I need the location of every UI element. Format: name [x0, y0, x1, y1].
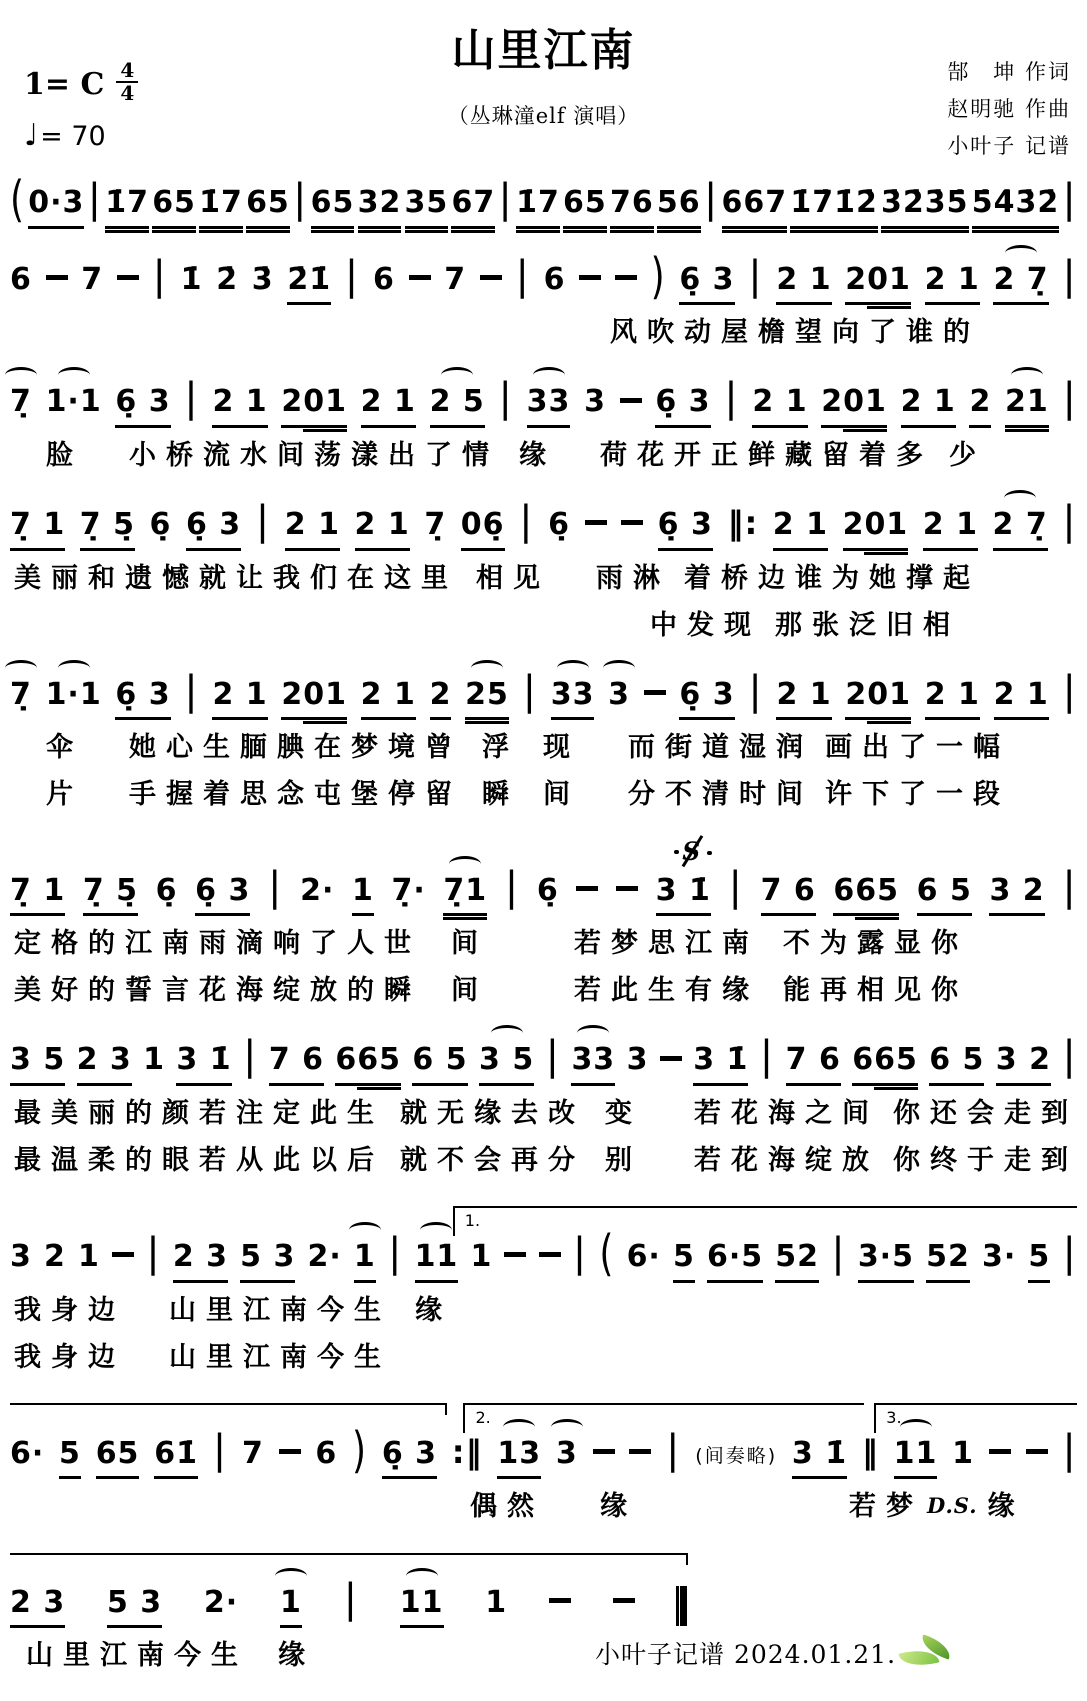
lyric-row: 伞她心生腼腆在梦境曾浮现而街道湿润画出了一幅	[10, 728, 1077, 767]
note-group: 7̣ 5̣	[80, 506, 135, 551]
barline: |	[519, 501, 533, 541]
lyric-segment: 手握着思念屯堡停留	[129, 775, 462, 814]
note-group: 11	[415, 1238, 459, 1283]
segno-icon: S	[682, 837, 704, 867]
repeat-barline: ‖	[862, 1432, 879, 1472]
music-system: S7̣ 17̣ 5̣6̣6̣ 3|2·17̣·7̣1|6̣3 1̇|7 6665…	[10, 841, 1077, 1011]
notes-row: 6·56561̇|76)6̣ 3:‖133|(间奏略)3 1̇‖111|	[10, 1429, 1077, 1480]
barline: |	[146, 1233, 160, 1273]
volta-label: 1.	[465, 1211, 480, 1230]
beamed-group: 201	[845, 261, 911, 306]
dash-extension	[989, 1449, 1011, 1454]
note-group: 3 5	[479, 1041, 534, 1086]
notes-row: 7̣1·16̣ 3|2 12012 1225|3336̣ 3|2 12012 1…	[10, 671, 1077, 721]
lyric-segment: 雨淋	[596, 559, 670, 598]
phrase-parenthesis: )	[352, 1421, 367, 1482]
time-signature: 44	[116, 60, 138, 104]
note-group: 6	[833, 872, 855, 917]
note-group: 65	[152, 184, 196, 229]
lyric-segment: 山里江南今生	[169, 1291, 391, 1330]
lyric-segment: 就无缘去改	[400, 1094, 585, 1133]
beamed-group: 201	[821, 383, 887, 428]
note-group: 7̣·	[392, 872, 426, 914]
note-group: 2·	[308, 1238, 342, 1280]
note-group: 3 2	[996, 1041, 1051, 1086]
barline: |	[831, 1233, 845, 1273]
note-group: 2 1	[361, 383, 416, 428]
note-group: 6·	[10, 1435, 44, 1477]
barline: |	[1062, 1036, 1076, 1076]
note-group: 7̣1	[443, 872, 487, 917]
note-group: 13	[497, 1435, 541, 1480]
dash-extension	[593, 1449, 615, 1454]
lyric-segment: 间	[543, 775, 580, 814]
note-group: 6	[335, 1041, 357, 1086]
meter-denominator: 4	[116, 83, 138, 104]
barline: |	[728, 867, 742, 907]
dash-extension	[480, 275, 502, 280]
lyric-segment: 变	[605, 1094, 642, 1133]
lyric-segment: 小桥流水间荡漾出了情	[129, 436, 499, 475]
lyric-segment: 间	[451, 924, 488, 963]
note-group: 6̣ 3	[382, 1435, 437, 1480]
lyric-segment: 分不清时间	[628, 775, 813, 814]
note-group: 7̣ 1	[10, 506, 65, 551]
lyric-row: 定格的江南雨滴响了人世间若梦思江南不为露显你	[10, 924, 1077, 963]
music-system: 1.321|2 35 32·1|111|(6·56·552|3·5523·5|我…	[10, 1206, 1077, 1377]
note-group: 7 6	[269, 1041, 324, 1086]
transcriber-credit: 小叶子 记谱	[827, 128, 1071, 165]
note-group: 7̣	[424, 506, 446, 548]
barline: |	[1062, 671, 1076, 711]
note-group: 6̣ 3	[679, 676, 734, 721]
barline: |	[1062, 1233, 1076, 1273]
note-group: 7̣ 1	[10, 872, 65, 917]
volta-label: 2.	[475, 1408, 490, 1427]
note-group: 2 3	[77, 1041, 132, 1086]
barline: |	[345, 256, 359, 296]
lyric-segment: 我身边	[14, 1338, 125, 1377]
composer-credit: 赵明驰 作曲	[827, 91, 1071, 128]
note-group: 3̇2̇3̇5̇	[881, 184, 969, 229]
lyric-segment: 风吹动屋檐望向了谁的	[610, 313, 980, 352]
dash-extension	[576, 886, 598, 891]
note-group: 3 1̇	[656, 872, 711, 917]
note-group: 6̣ 3	[655, 383, 710, 428]
phrase-parenthesis: )	[651, 247, 666, 308]
note-group: 6	[544, 261, 566, 303]
note-group: 11	[894, 1435, 938, 1480]
note-group: 11	[400, 1584, 444, 1629]
note-group: 3	[556, 1435, 578, 1477]
note-group: 65	[855, 872, 899, 917]
lyric-segment: 缘	[415, 1291, 452, 1330]
note-group: 1	[485, 1584, 507, 1626]
barline: |	[213, 1430, 227, 1470]
repeat-barline: ‖:	[727, 503, 758, 543]
dash-extension	[117, 275, 139, 280]
barline: |	[1062, 256, 1076, 296]
meter-numerator: 4	[116, 60, 138, 83]
note-group: 6̣	[537, 872, 559, 914]
note-group: 5	[1028, 1238, 1050, 1283]
music-system: 7̣1·16̣ 3|2 12012 12 5|3336̣ 3|2 12012 1…	[10, 378, 1077, 475]
note-group: 7̣	[10, 676, 32, 718]
lyric-segment: 若梦	[849, 1487, 923, 1526]
note-group: 35	[405, 184, 449, 229]
footer-credit-text: 小叶子记谱 2024.01.21.	[595, 1640, 896, 1669]
note-group: 65	[357, 1041, 401, 1086]
page-title: 山里江南	[260, 14, 827, 78]
note-group: 65	[96, 1435, 140, 1480]
credits-block: 郜 坤 作词 赵明驰 作曲 小叶子 记谱	[827, 8, 1077, 164]
barline: |	[1062, 179, 1076, 219]
lyric-segment: 不为露显你	[783, 924, 968, 963]
barline: |	[1062, 1430, 1076, 1470]
dash-extension	[112, 1252, 134, 1257]
note-group: 2 1	[752, 383, 807, 428]
barline: |	[748, 671, 762, 711]
lyric-segment: 你终于走到	[893, 1141, 1078, 1180]
note-group: 1	[143, 1041, 165, 1083]
dash-extension	[629, 1449, 651, 1454]
note-group: 6 5	[412, 1041, 467, 1086]
lyric-segment: 美好的誓言花海绽放的瞬	[14, 971, 421, 1010]
note-group: 01	[864, 506, 908, 551]
note-group: 65	[246, 184, 290, 229]
note-group: 2	[845, 676, 867, 721]
note-group: 33	[571, 1041, 615, 1086]
note-group: 0·3	[28, 184, 84, 229]
note-group: 7	[81, 261, 103, 303]
lyric-segment: 缘	[519, 436, 556, 475]
interlude-omitted-note: (间奏略)	[695, 1441, 777, 1468]
note-group: 65	[311, 184, 355, 229]
note-group: 32	[358, 184, 402, 229]
sheet-music-page: 1= C44 ♩= 70 山里江南 （丛琳潼elf 演唱） 郜 坤 作词 赵明驰…	[0, 0, 1087, 1701]
lyric-segment: 就不会再分	[400, 1141, 585, 1180]
lyric-segment: 若花海绽放	[694, 1141, 879, 1180]
barline: |	[724, 378, 738, 418]
note-group: 1	[280, 1584, 302, 1629]
barline: |	[243, 1036, 257, 1076]
note-group: 3 2	[989, 872, 1044, 917]
note-group: 2 1	[776, 261, 831, 306]
note-group: 3 1̇	[792, 1435, 847, 1480]
note-group: 3	[608, 676, 630, 718]
lyric-segment: 伞	[46, 728, 83, 767]
dash-extension	[585, 520, 607, 525]
note-group: 2	[843, 506, 865, 551]
note-group: 7 6	[786, 1041, 841, 1086]
note-group: 52	[926, 1238, 970, 1283]
lyric-segment: 许下了一段	[825, 775, 1010, 814]
note-group: 3·5	[858, 1238, 914, 1283]
note-group: 2·	[300, 872, 334, 914]
note-group: 01	[303, 383, 347, 428]
lyric-segment: 美丽和遗憾就让我们在这里	[14, 559, 458, 598]
music-system: 2 35 32·1|111山里江南今生缘小叶子记谱 2024.01.21.	[10, 1553, 1077, 1676]
note-group: 6 5	[917, 872, 972, 917]
lyric-segment: 中发现	[650, 606, 761, 645]
lyric-segment: 而街道湿润	[628, 728, 813, 767]
notes-row: 321|2 35 32·1|111|(6·56·552|3·5523·5|	[10, 1232, 1077, 1283]
barline: |	[153, 256, 167, 296]
note-group: 2	[281, 383, 303, 428]
note-group: 2	[44, 1238, 66, 1280]
note-group: 2 1	[773, 506, 828, 551]
barline: |	[666, 1430, 680, 1470]
lyric-segment: 间	[451, 971, 488, 1010]
note-group: 6	[373, 261, 395, 303]
note-group: 2 1	[361, 676, 416, 721]
lyric-segment: 若梦思江南	[574, 924, 759, 963]
dash-extension	[660, 1056, 682, 1061]
lyric-segment: 最温柔的眼若从此以后	[14, 1141, 384, 1180]
note-group: 6̣	[156, 872, 178, 914]
notes-row: 7̣ 17̣ 5̣6̣6̣ 3|2 12 17̣06̣|6̣6̣ 3‖:2 12…	[10, 501, 1077, 551]
note-group: 6 5	[929, 1041, 984, 1086]
music-system: (0·3|1̇7651̇765|65323567|1̇7657656|6671̇…	[10, 178, 1077, 229]
title-block: 山里江南 （丛琳潼elf 演唱）	[260, 8, 827, 130]
notes-row: 7̣ 17̣ 5̣6̣6̣ 3|2·17̣·7̣1|6̣3 1̇|7 66656…	[10, 867, 1077, 917]
dash-extension	[46, 275, 68, 280]
beamed-group: 201	[281, 676, 347, 721]
dal-segno-mark: D.S.	[927, 1493, 978, 1518]
note-group: 1·1	[46, 676, 102, 718]
barline: |	[184, 378, 198, 418]
note-group: 01	[303, 676, 347, 721]
note-group: 6̣	[150, 506, 172, 548]
note-group: 33	[551, 676, 595, 721]
barline: |	[523, 671, 537, 711]
note-group: 6	[315, 1435, 337, 1477]
note-group: 7̣	[10, 383, 32, 425]
note-group: 6·5	[707, 1238, 763, 1283]
lyric-row: 风吹动屋檐望向了谁的	[10, 313, 1077, 352]
note-group: 5̇4̇3̇2̇	[972, 184, 1060, 229]
lyricist-credit: 郜 坤 作词	[827, 54, 1071, 91]
lyric-row: 片手握着思念屯堡停留瞬间分不清时间许下了一段	[10, 775, 1077, 814]
notes-row: 67|1̇2̇3̇2̇1̇|67|6)6̣ 3|2 12012 12 7̣|	[10, 255, 1077, 306]
barline: |	[256, 501, 270, 541]
barline: |	[498, 378, 512, 418]
note-group: 52	[775, 1238, 819, 1283]
note-group: 2 1	[925, 261, 980, 306]
repeat-barline: :‖	[452, 1432, 483, 1472]
tempo-value: = 70	[40, 121, 106, 152]
note-group: 2·	[204, 1584, 238, 1626]
leaf-icon	[900, 1641, 960, 1667]
lyric-segment: 画出了一幅	[825, 728, 1010, 767]
music-system: 7̣1·16̣ 3|2 12012 1225|3336̣ 3|2 12012 1…	[10, 671, 1077, 815]
volta-continuation-line	[10, 1553, 688, 1565]
note-group: 7	[242, 1435, 264, 1477]
dash-extension	[613, 1598, 635, 1603]
lyric-segment: 你还会走到	[893, 1094, 1078, 1133]
note-group: 2 1	[776, 676, 831, 721]
barline: |	[1062, 378, 1076, 418]
barline: |	[388, 1233, 402, 1273]
note-group: 2 1	[212, 383, 267, 428]
note-group: 2 1	[355, 506, 410, 551]
barline: |	[748, 256, 762, 296]
dash-extension	[644, 690, 666, 695]
lyric-row: 美丽和遗憾就让我们在这里相见雨淋着桥边谁为她撑起	[10, 559, 1077, 598]
note-group: 6·	[627, 1238, 661, 1280]
volta-bracket: 1.	[453, 1206, 1077, 1236]
note-group: 65	[874, 1041, 918, 1086]
lyric-segment: 少	[949, 436, 986, 475]
lyric-row: 我身边山里江南今生缘	[10, 1291, 1077, 1330]
note-group: 6̣ 3	[679, 261, 734, 306]
note-group: 6̣ 3	[195, 872, 250, 917]
note-group: 2̇	[216, 261, 238, 303]
lyric-segment: 偶然	[470, 1487, 544, 1526]
lyric-segment: 荷花开正鲜藏留着多	[600, 436, 933, 475]
note-group: 33	[527, 383, 571, 428]
note-group: 1̇7	[199, 184, 243, 229]
beamed-group: 201	[843, 506, 909, 551]
lyric-segment: 缘	[278, 1636, 315, 1675]
note-group: 6̣ 3	[115, 383, 170, 428]
note-group: 56	[657, 184, 701, 229]
dash-extension	[409, 275, 431, 280]
beamed-group: 665	[335, 1041, 401, 1086]
note-group: 5	[673, 1238, 695, 1283]
lyric-segment: 那张泛旧相	[775, 606, 960, 645]
quarter-note-icon: ♩	[24, 118, 38, 153]
note-group: 25	[465, 676, 509, 721]
score-header: 1= C44 ♩= 70 山里江南 （丛琳潼elf 演唱） 郜 坤 作词 赵明驰…	[10, 8, 1077, 164]
key-label: 1= C	[24, 67, 104, 102]
note-group: 1	[352, 872, 374, 917]
tempo-marking: ♩= 70	[24, 118, 260, 153]
note-group: 7 6	[761, 872, 816, 917]
note-group: 2̇1̇	[287, 261, 331, 306]
dash-extension	[615, 275, 637, 280]
lyric-segment: 我身边	[14, 1291, 125, 1330]
barline: |	[498, 179, 512, 219]
note-group: 1	[470, 1238, 492, 1280]
note-group: 3 1̇	[693, 1041, 748, 1086]
dash-extension	[539, 1252, 561, 1257]
note-group: 06̣	[461, 506, 505, 551]
note-group: 1̇7̇1̇2̇	[790, 184, 878, 229]
note-group: 3	[627, 1041, 649, 1083]
lyric-row: 最温柔的眼若从此以后就不会再分别若花海绽放你终于走到	[10, 1141, 1077, 1180]
note-group: 6	[10, 261, 32, 303]
note-group: 61̇	[154, 1435, 198, 1480]
performer-subtitle: （丛琳潼elf 演唱）	[260, 100, 827, 130]
note-group: 6̣	[548, 506, 570, 548]
note-group: 01	[867, 676, 911, 721]
barline: |	[515, 256, 529, 296]
note-group: 667	[722, 184, 788, 229]
notes-row: (0·3|1̇7651̇765|65323567|1̇7657656|6671̇…	[10, 178, 1077, 229]
notes-row: 7̣1·16̣ 3|2 12012 12 5|3336̣ 3|2 12012 1…	[10, 378, 1077, 428]
note-group: 2 1	[212, 676, 267, 721]
footer-credit: 小叶子记谱 2024.01.21.	[595, 1635, 960, 1671]
barline: |	[573, 1233, 587, 1273]
note-group: 5 3	[240, 1238, 295, 1283]
note-group: 2	[821, 383, 843, 428]
dash-extension	[549, 1598, 571, 1603]
lyric-segment: 能再相见你	[783, 971, 968, 1010]
volta-continuation-line	[10, 1403, 447, 1415]
barline: |	[344, 1579, 358, 1619]
barline: |	[546, 1036, 560, 1076]
note-group: 65	[563, 184, 607, 229]
note-group: 5	[59, 1435, 81, 1480]
barline: |	[1062, 867, 1076, 907]
note-group: 2 1	[923, 506, 978, 551]
lyric-segment: 缘	[600, 1487, 637, 1526]
phrase-parenthesis: (	[10, 170, 25, 231]
note-group: 1̇7	[105, 184, 149, 229]
note-group: 2	[430, 676, 452, 721]
note-group: 2 1	[285, 506, 340, 551]
note-group: 2 3	[173, 1238, 228, 1283]
note-group: 3	[584, 383, 606, 425]
music-system: 7̣ 17̣ 5̣6̣6̣ 3|2 12 17̣06̣|6̣6̣ 3‖:2 12…	[10, 501, 1077, 645]
dash-extension	[279, 1449, 301, 1454]
key-signature: 1= C44	[24, 60, 260, 104]
final-barline	[676, 1586, 687, 1626]
note-group: 1	[78, 1238, 100, 1280]
note-group: 6	[852, 1041, 874, 1086]
note-group: 2	[845, 261, 867, 306]
lyric-segment: 相见	[476, 559, 550, 598]
barline: |	[293, 179, 307, 219]
lyric-segment: 若花海之间	[694, 1094, 879, 1133]
lyric-segment: 她心生腼腆在梦境曾	[129, 728, 462, 767]
lyric-row: 中发现那张泛旧相	[10, 606, 1077, 645]
lyric-segment: 浮	[482, 728, 519, 767]
beamed-group: 665	[833, 872, 899, 917]
music-system: 67|1̇2̇3̇2̇1̇|67|6)6̣ 3|2 12012 12 7̣|风吹…	[10, 255, 1077, 353]
note-group: 2 7̣	[993, 261, 1048, 306]
note-group: 1	[354, 1238, 376, 1283]
lyric-segment: 脸	[46, 436, 83, 475]
dash-extension	[616, 886, 638, 891]
lyric-segment: 定格的江南雨滴响了人世	[14, 924, 421, 963]
note-group: 01	[843, 383, 887, 428]
beamed-group: 201	[845, 676, 911, 721]
note-group: 6̣ 3	[186, 506, 241, 551]
dash-extension	[579, 275, 601, 280]
dash-extension	[621, 520, 643, 525]
lyric-row: 最美丽的颜若注定此生就无缘去改变若花海之间你还会走到	[10, 1094, 1077, 1133]
note-group: 1̇	[181, 261, 203, 303]
note-group: 1̇7	[516, 184, 560, 229]
dash-extension	[504, 1252, 526, 1257]
lyric-segment: 山里江南今生	[169, 1338, 391, 1377]
note-group: 3·	[982, 1238, 1016, 1280]
key-tempo-block: 1= C44 ♩= 70	[10, 8, 260, 153]
lyric-segment: 瞬	[482, 775, 519, 814]
barline: |	[1062, 501, 1076, 541]
note-group: 2 3	[10, 1584, 65, 1629]
notes-row: 3 52 313 1̇|7 66656 53 5|3333 1̇|7 66656…	[10, 1036, 1077, 1086]
lyric-segment: 若此生有缘	[574, 971, 759, 1010]
music-system: 2.3.6·56561̇|76)6̣ 3:‖133|(间奏略)3 1̇‖111|…	[10, 1403, 1077, 1527]
beamed-group: 665	[852, 1041, 918, 1086]
lyric-row: 我身边山里江南今生	[10, 1338, 1077, 1377]
note-group: 5 3	[107, 1584, 162, 1629]
beamed-group: 201	[281, 383, 347, 428]
note-group: 7̣ 5̣	[83, 872, 138, 917]
